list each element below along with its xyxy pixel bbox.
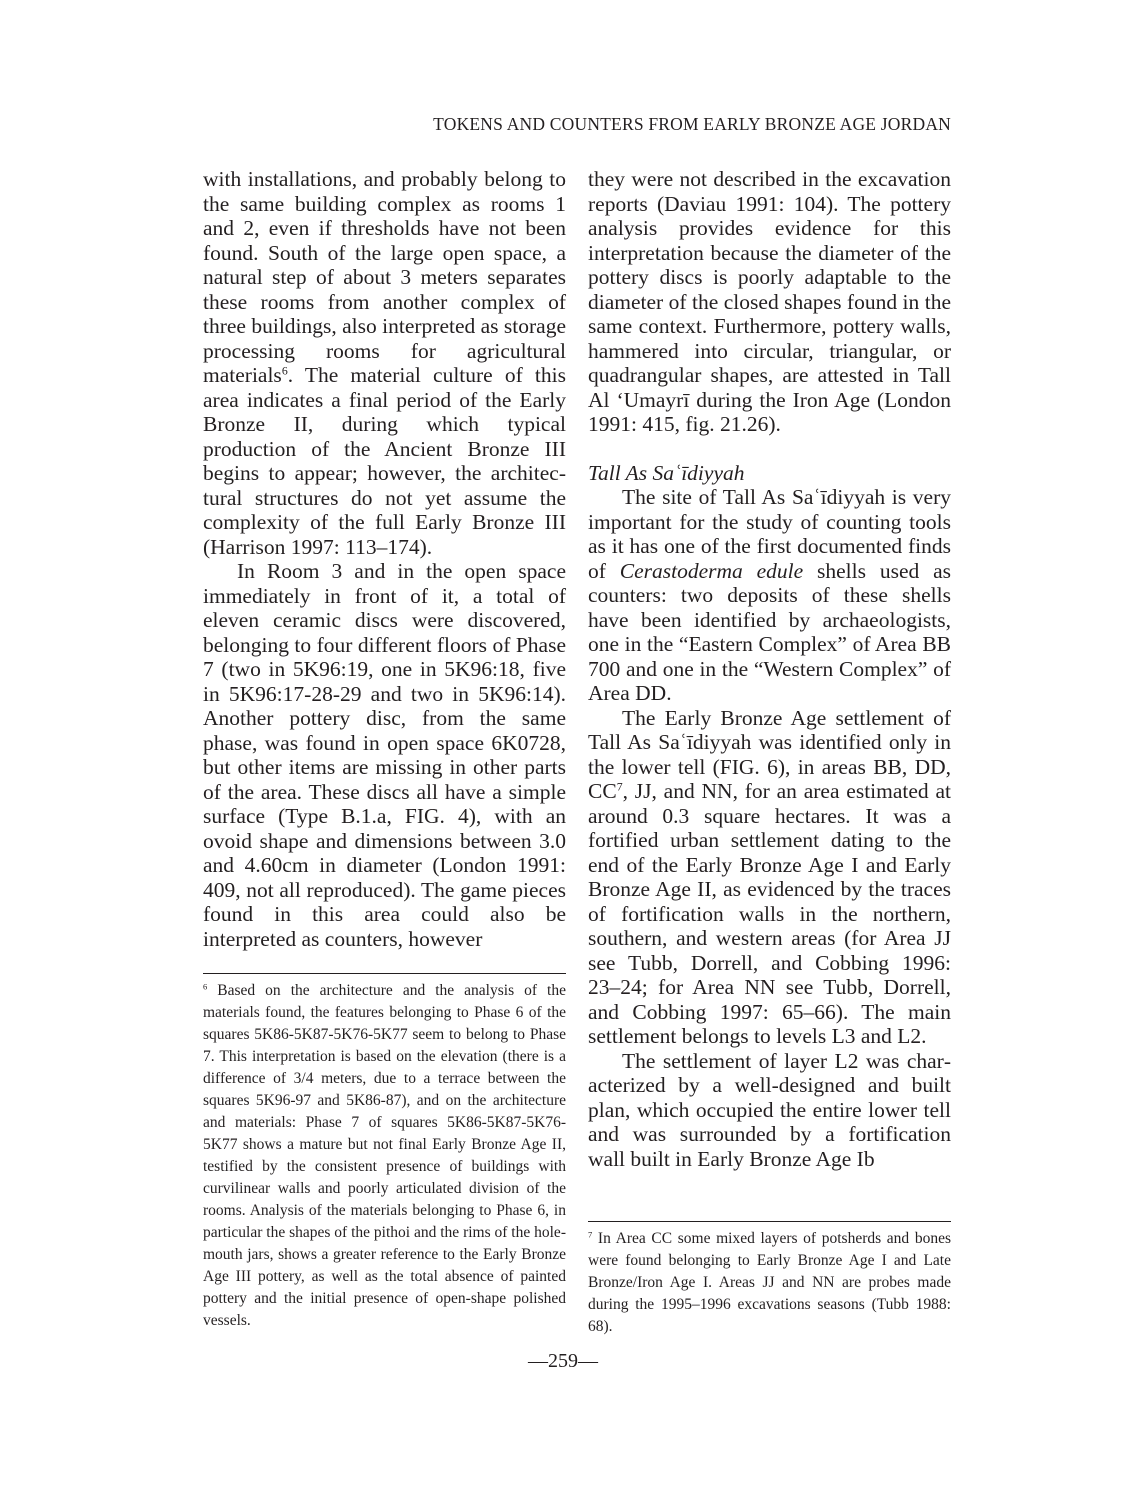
footnote-text: In Area CC some mixed layers of potsherd… [588, 1230, 951, 1335]
page-number: —259— [0, 1350, 1126, 1373]
species-name: Cerastoderma edule [620, 559, 803, 583]
footnote-block-6: 6 Based on the architecture and the anal… [203, 973, 566, 1332]
section-heading: Tall As Saʿīdiyyah [588, 461, 951, 486]
paragraph: with installations, and probably belong … [203, 167, 566, 559]
footnote-rule [588, 1221, 951, 1222]
right-column: they were not described in the excava­ti… [588, 167, 951, 1171]
paragraph: they were not described in the excava­ti… [588, 167, 951, 437]
paragraph-text: , JJ, and NN, for an area estimated at a… [588, 779, 951, 1048]
paragraph: The site of Tall As Saʿīdiyyah is very i… [588, 485, 951, 706]
running-head: TOKENS AND COUNTERS FROM EARLY BRONZE AG… [300, 114, 951, 135]
footnote-rule [203, 973, 566, 974]
paragraph: In Room 3 and in the open space immediat… [203, 559, 566, 951]
footnote-6: 6 Based on the architecture and the anal… [203, 980, 566, 1332]
paragraph-text: with installations, and probably belong … [203, 167, 566, 387]
left-column: with installations, and probably belong … [203, 167, 566, 951]
paragraph-text: . The material culture of this area indi… [203, 363, 566, 559]
footnote-text: Based on the architecture and the analys… [203, 982, 566, 1329]
paragraph: The settlement of layer L2 was char­acte… [588, 1049, 951, 1172]
paragraph: The Early Bronze Age settlement of Tall … [588, 706, 951, 1049]
footnote-7: 7 In Area CC some mixed layers of potshe… [588, 1228, 951, 1338]
footnote-block-7: 7 In Area CC some mixed layers of potshe… [588, 1221, 951, 1338]
